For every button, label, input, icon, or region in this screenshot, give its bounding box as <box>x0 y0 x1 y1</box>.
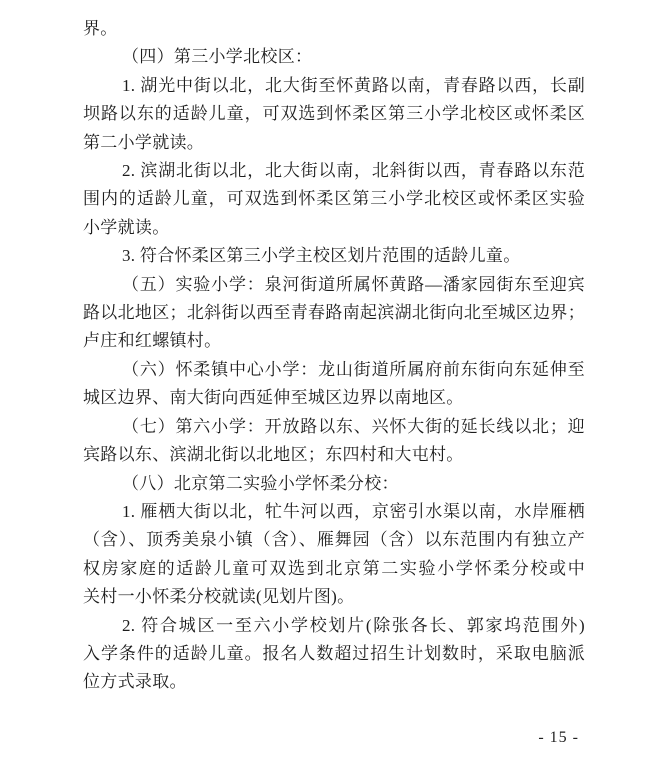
text-line: 坝路以东的适龄儿童，可双选到怀柔区第三小学北校区或怀柔区 <box>83 100 585 128</box>
document-page: 界。（四）第三小学北校区：1. 湖光中街以北，北大街至怀黄路以南，青春路以西，长… <box>0 0 653 777</box>
text-line: 关村一小怀柔分校就读(见划片图)。 <box>83 583 585 611</box>
text-line: 2. 滨湖北街以北，北大街以南，北斜街以西，青春路以东范 <box>83 157 585 185</box>
text-line: （七）第六小学：开放路以东、兴怀大街的延长线以北；迎 <box>83 413 585 441</box>
text-line: （含）、顶秀美泉小镇（含）、雁舞园（含）以东范围内有独立产 <box>83 526 585 554</box>
text-line: 3. 符合怀柔区第三小学主校区划片范围的适龄儿童。 <box>83 242 585 270</box>
text-line: 2. 符合城区一至六小学校划片(除张各长、郭家坞范围外) <box>83 612 585 640</box>
text-line: （五）实验小学：泉河街道所属怀黄路—潘家园街东至迎宾 <box>83 271 585 299</box>
text-line: 路以北地区；北斜街以西至青春路南起滨湖北街向北至城区边界； <box>83 299 585 327</box>
page-number: - 15 - <box>538 728 579 748</box>
text-line: 宾路以东、滨湖北街以北地区；东四村和大屯村。 <box>83 441 585 469</box>
text-line: 入学条件的适龄儿童。报名人数超过招生计划数时，采取电脑派 <box>83 640 585 668</box>
text-line: 1. 湖光中街以北，北大街至怀黄路以南，青春路以西，长副 <box>83 72 585 100</box>
text-line: 位方式录取。 <box>83 668 585 696</box>
text-line: 第二小学就读。 <box>83 129 585 157</box>
text-line: 界。 <box>83 15 585 43</box>
text-line: （四）第三小学北校区： <box>83 43 585 71</box>
text-line: （八）北京第二实验小学怀柔分校： <box>83 470 585 498</box>
text-line: （六）怀柔镇中心小学：龙山街道所属府前东街向东延伸至 <box>83 356 585 384</box>
text-block: 界。（四）第三小学北校区：1. 湖光中街以北，北大街至怀黄路以南，青春路以西，长… <box>83 15 585 697</box>
text-line: 卢庄和红螺镇村。 <box>83 327 585 355</box>
text-line: 1. 雁栖大街以北，牤牛河以西，京密引水渠以南，水岸雁栖 <box>83 498 585 526</box>
text-line: 城区边界、南大街向西延伸至城区边界以南地区。 <box>83 384 585 412</box>
text-line: 围内的适龄儿童，可双选到怀柔区第三小学北校区或怀柔区实验 <box>83 185 585 213</box>
text-line: 权房家庭的适龄儿童可双选到北京第二实验小学怀柔分校或中 <box>83 555 585 583</box>
text-line: 小学就读。 <box>83 214 585 242</box>
